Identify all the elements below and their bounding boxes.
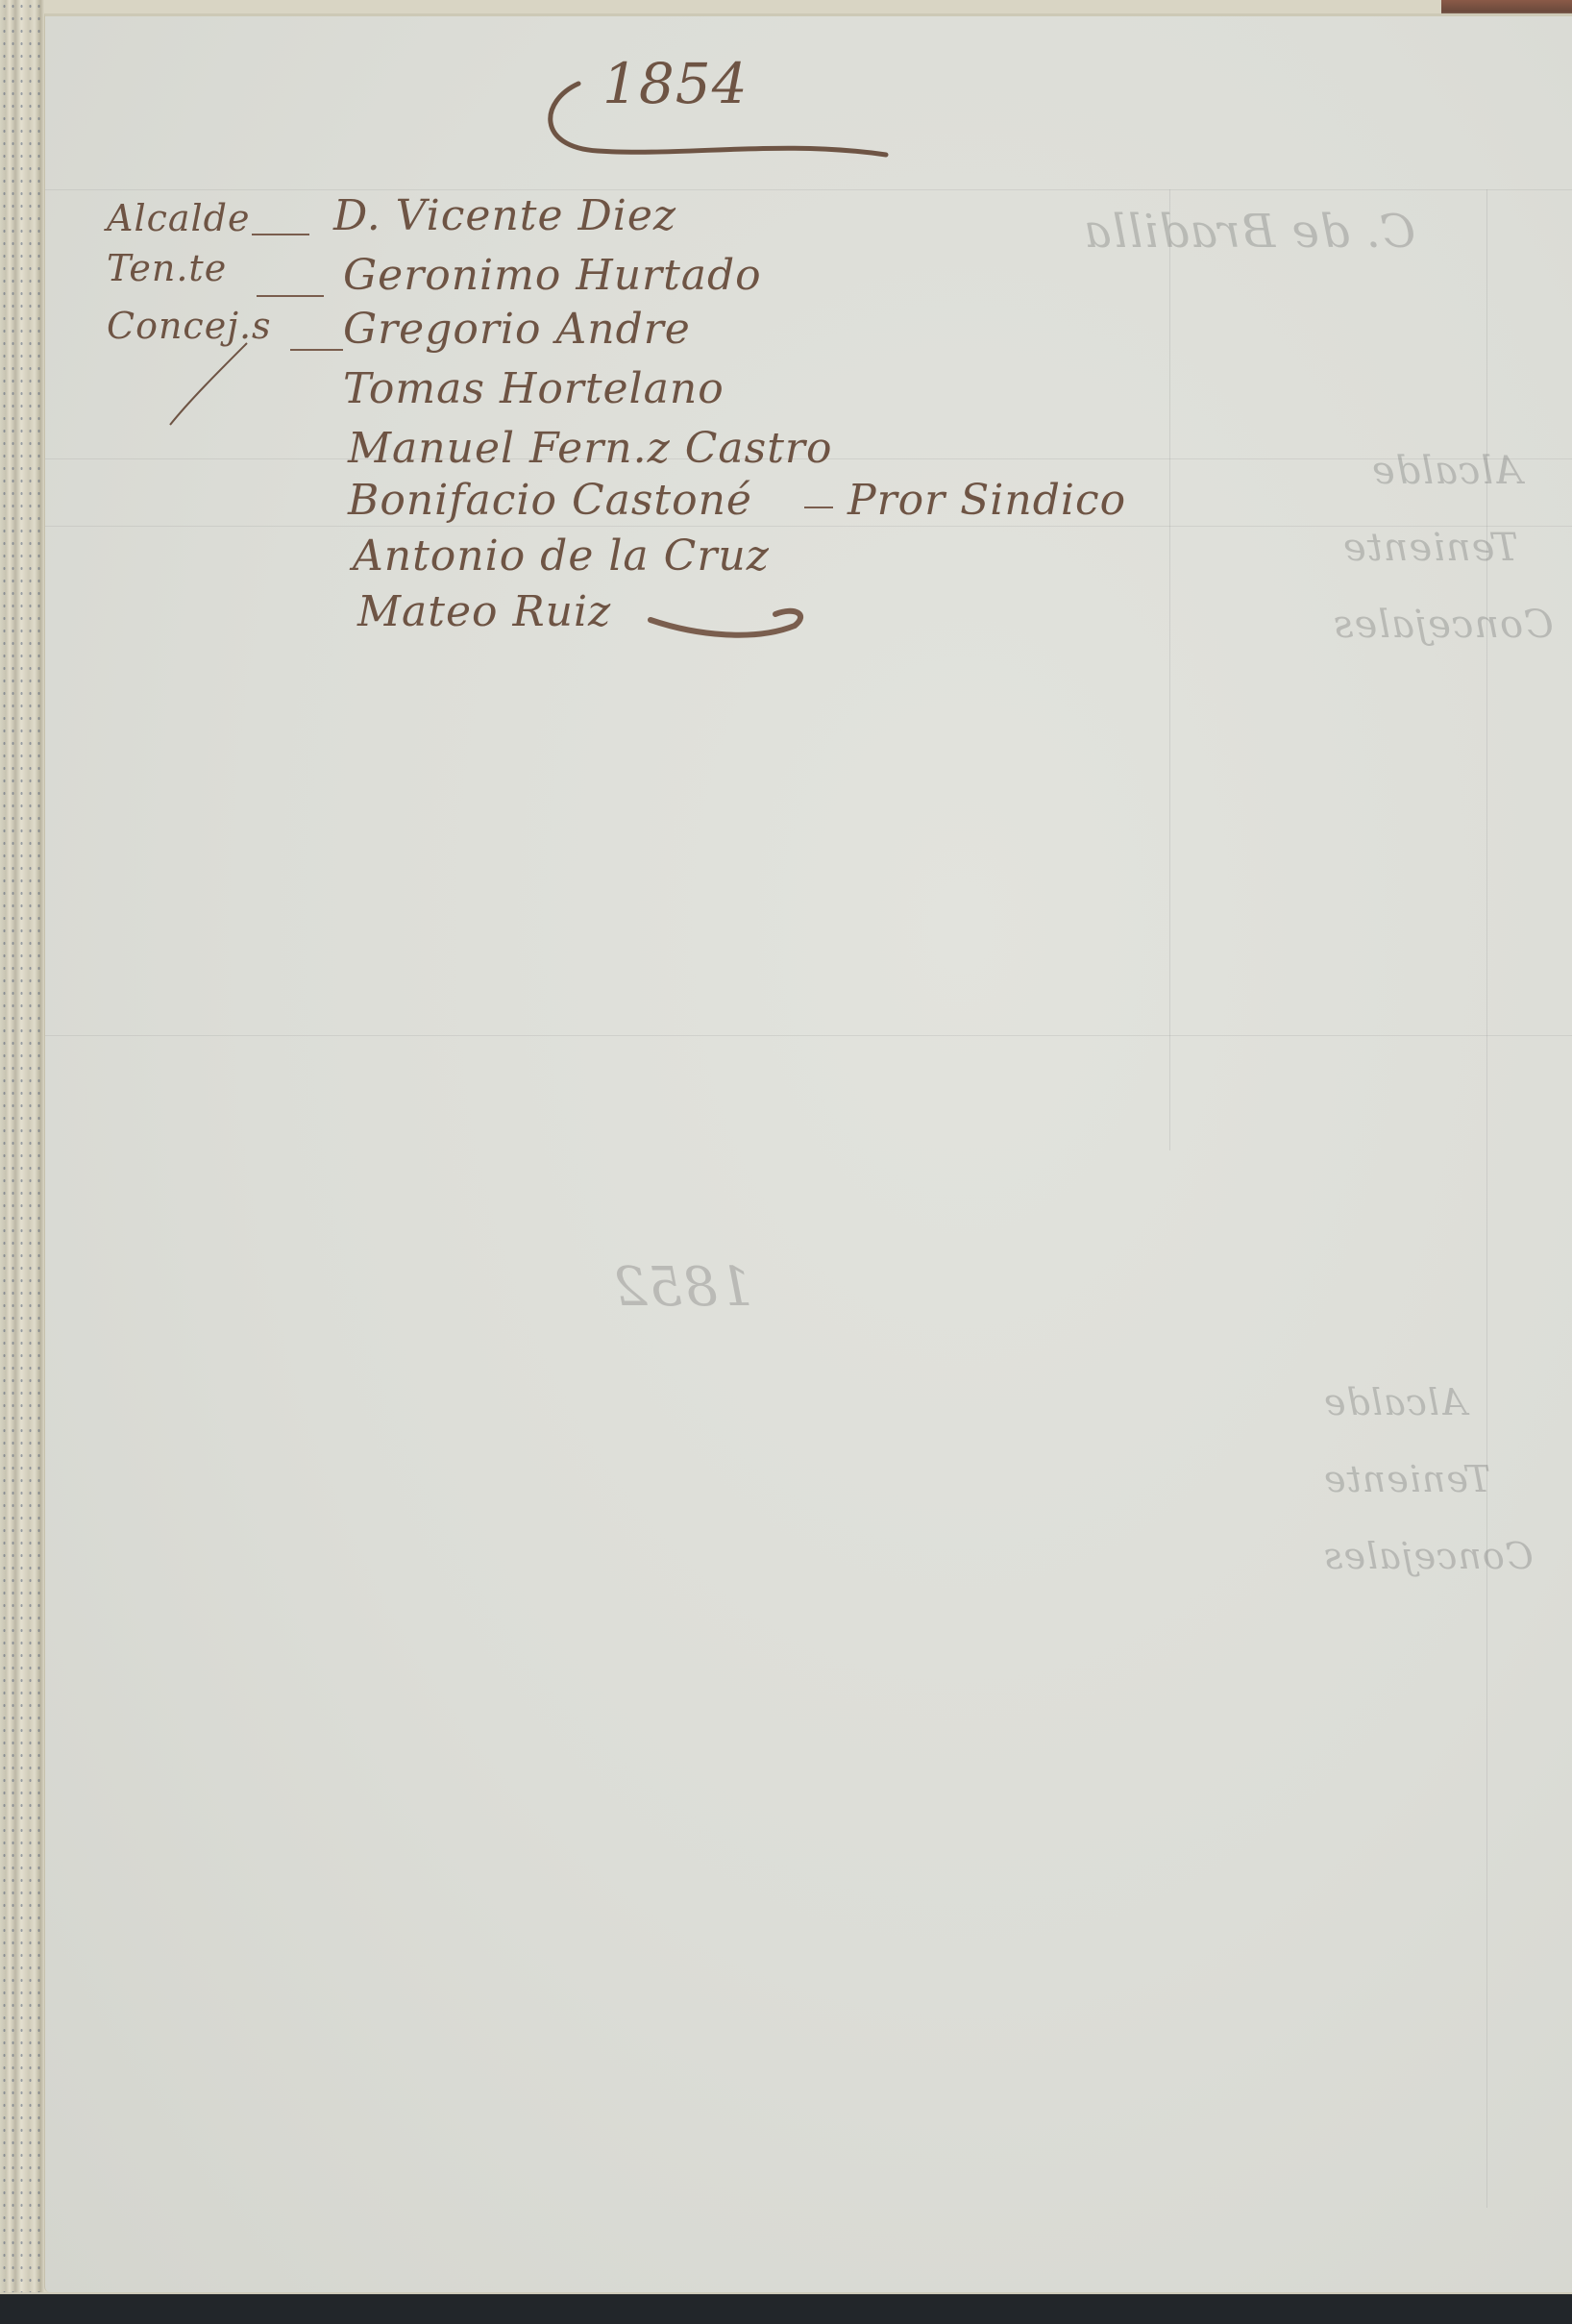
bleed-through-label: Teniente: [1323, 1458, 1490, 1500]
member-name: D. Vicente Diez: [333, 191, 676, 240]
bleed-through-label: Concejales: [1323, 1535, 1534, 1577]
member-name: Bonifacio Castoné: [348, 476, 752, 525]
role-label-alcalde: Alcalde: [107, 197, 251, 239]
dash: [252, 234, 309, 235]
member-name: Antonio de la Cruz: [353, 532, 770, 581]
ruled-line: [45, 189, 1572, 190]
bleed-through-heading: C. de Bradilla: [1083, 205, 1415, 259]
role-label-teniente: Ten.te: [107, 247, 227, 289]
dash: [290, 349, 343, 351]
member-name: Gregorio Andre: [343, 305, 691, 354]
member-name: Geronimo Hurtado: [343, 251, 762, 300]
year-flourish: [540, 62, 924, 168]
dash: [804, 507, 833, 508]
member-name: Manuel Fern.z Castro: [348, 424, 832, 473]
bleed-through-label: Concejales: [1333, 603, 1554, 647]
ruled-line: [45, 1035, 1572, 1036]
bracket-flourish: [151, 334, 266, 430]
bleed-through-label: Alcalde: [1371, 449, 1522, 493]
bleed-through-year: 1852: [612, 1256, 753, 1319]
signature-flourish: [641, 593, 814, 651]
manuscript-page: 1854 Alcalde Ten.te Concej.s D. Vicente …: [44, 13, 1572, 2292]
bleed-through-label: Alcalde: [1323, 1381, 1467, 1423]
member-name: Mateo Ruiz: [357, 587, 611, 636]
member-name: Tomas Hortelano: [343, 364, 725, 413]
dash: [257, 295, 324, 297]
bleed-through-label: Teniente: [1342, 526, 1518, 570]
column-rule: [1169, 189, 1170, 1150]
annotation-procurador-sindico: Pror Sindico: [847, 476, 1126, 525]
